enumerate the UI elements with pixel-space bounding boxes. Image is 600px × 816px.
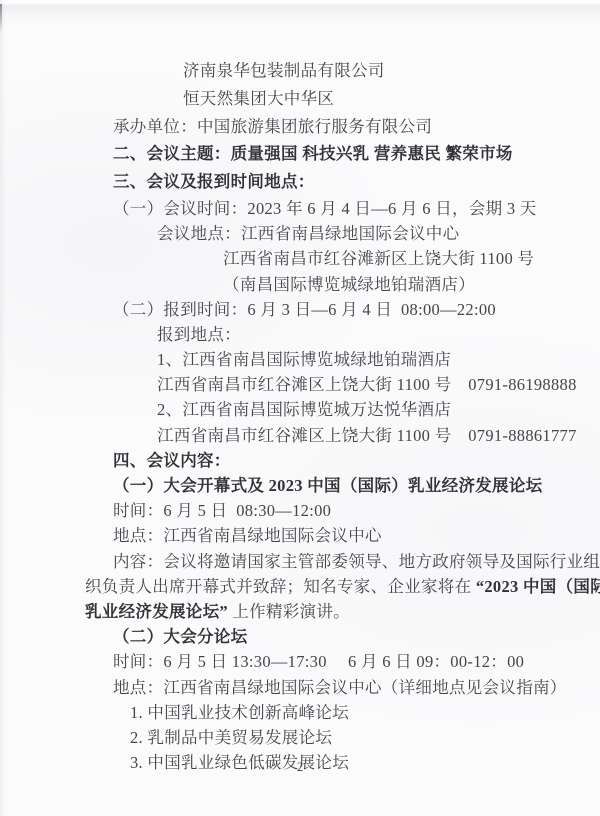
organizer-line: 承办单位：中国旅游集团旅行服务有限公司 xyxy=(0,113,600,141)
agenda-1-place: 地点：江西省南昌绿地国际会议中心 xyxy=(0,523,600,548)
meeting-hotel-line: （南昌国际博览城绿地铂瑞酒店） xyxy=(0,272,600,297)
section-2-theme-heading: 二、会议主题：质量强国 科技兴乳 营养惠民 繁荣市场 xyxy=(0,140,600,168)
supporting-org-1: 济南泉华包装制品有限公司 xyxy=(0,57,600,85)
agenda-2-place: 地点：江西省南昌绿地国际会议中心（详细地点见会议指南） xyxy=(0,675,600,700)
meeting-place-line: 会议地点：江西省南昌绿地国际会议中心 xyxy=(0,221,600,246)
page-number: 2 xyxy=(0,760,600,775)
document-body: 济南泉华包装制品有限公司 恒天然集团大中华区 承办单位：中国旅游集团旅行服务有限… xyxy=(0,0,600,775)
checkin-place-label: 报到地点： xyxy=(0,322,600,347)
agenda-2-heading: （二）大会分论坛 xyxy=(0,624,600,649)
meeting-time-line: （一）会议时间：2023 年 6 月 4 日—6 月 6 日，会期 3 天 xyxy=(0,196,600,221)
hotel-1-name: 1、江西省南昌国际博览城绿地铂瑞酒店 xyxy=(0,347,600,372)
agenda-2-time: 时间：6 月 5 日 13:30—17:30 6 月 6 日 09：00-12：… xyxy=(0,649,600,674)
section-4-heading: 四、会议内容： xyxy=(0,448,600,473)
agenda-1-content-line-2: 织负责人出席开幕式并致辞；知名专家、企业家将在 “2023 中国（国际） xyxy=(0,574,600,599)
meeting-address-line: 江西省南昌市红谷滩新区上饶大街 1100 号 xyxy=(0,246,600,271)
text-run-bold: “2023 中国（国际） xyxy=(476,577,600,596)
text-run: 织负责人出席开幕式并致辞；知名专家、企业家将在 xyxy=(85,577,476,596)
section-3-heading: 三、会议及报到时间地点： xyxy=(0,168,600,196)
scan-edge-artifact xyxy=(0,4,2,34)
forum-list-item-2: 2. 乳制品中美贸易发展论坛 xyxy=(0,725,600,750)
supporting-org-2: 恒天然集团大中华区 xyxy=(0,85,600,113)
checkin-time-line: （二）报到时间：6 月 3 日—6 月 4 日 08:00—22:00 xyxy=(0,297,600,322)
hotel-1-address-phone: 江西省南昌市红谷滩区上饶大街 1100 号 0791-86198888 xyxy=(0,372,600,397)
agenda-1-time: 时间：6 月 5 日 08:30—12:00 xyxy=(0,498,600,523)
text-run: 上作精彩演讲。 xyxy=(228,602,350,621)
agenda-1-heading: （一）大会开幕式及 2023 中国（国际）乳业经济发展论坛 xyxy=(0,473,600,498)
forum-list-item-1: 1. 中国乳业技术创新高峰论坛 xyxy=(0,700,600,725)
agenda-1-content-line-3: 乳业经济发展论坛” 上作精彩演讲。 xyxy=(0,599,600,624)
hotel-2-address-phone: 江西省南昌市红谷滩区上饶大街 1100 号 0791-88861777 xyxy=(0,423,600,448)
agenda-1-content-line-1: 内容：会议将邀请国家主管部委领导、地方政府领导及国际行业组 xyxy=(0,549,600,574)
scanned-document-page: 济南泉华包装制品有限公司 恒天然集团大中华区 承办单位：中国旅游集团旅行服务有限… xyxy=(0,0,600,816)
hotel-2-name: 2、江西省南昌国际博览城万达悦华酒店 xyxy=(0,397,600,422)
text-run-bold: 乳业经济发展论坛” xyxy=(85,602,228,621)
